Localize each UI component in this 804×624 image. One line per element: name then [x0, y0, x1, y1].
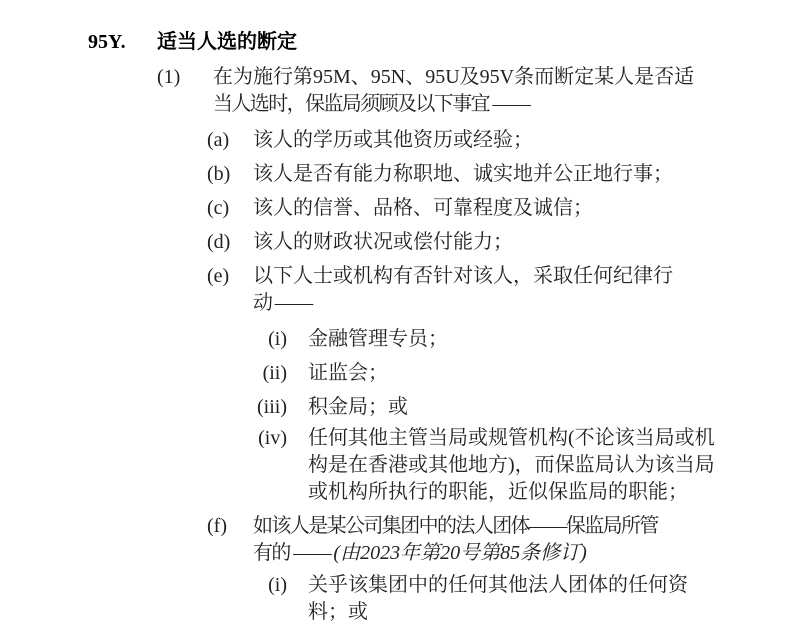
item-f-text: 如该人是某公司集团中的法人团体——保监局所管 有的 —— (由2023年第20号… [253, 513, 658, 567]
subsection-1-text: 在为施行第95M、95N、95U及95V条而断定某人是否适 当人选时，保监局须顾… [213, 64, 694, 118]
legislation-page: 95Y. 适当人选的断定 (1) 在为施行第95M、95N、95U及95V条而断… [0, 0, 804, 624]
subitem-f-i: (i) 关乎该集团中的任何其他法人团体的任何资 料；或 [0, 572, 804, 624]
item-d-label: (d) [207, 229, 253, 256]
subitem-f-i-line-1: 关乎该集团中的任何其他法人团体的任何资 [308, 572, 688, 599]
item-b: (b) 该人是否有能力称职地、诚实地并公正地行事； [0, 161, 804, 188]
subitem-e-iv-line-1: 任何其他主管当局或规管机构(不论该当局或机 [308, 425, 715, 452]
subitem-e-ii: (ii) 证监会； [0, 360, 804, 387]
item-b-label: (b) [207, 161, 253, 188]
item-e-line-1: 以下人士或机构有否针对该人，采取任何纪律行 [253, 263, 673, 290]
item-f-line-2: 有的 —— (由2023年第20号第85条修订) [253, 540, 658, 567]
subitem-e-iv: (iv) 任何其他主管当局或规管机构(不论该当局或机 构是在香港或其他地方)，而… [0, 425, 804, 506]
item-f-line-1: 如该人是某公司集团中的法人团体——保监局所管 [253, 513, 658, 540]
subitem-e-iv-text: 任何其他主管当局或规管机构(不论该当局或机 构是在香港或其他地方)，而保监局认为… [308, 425, 715, 506]
subitem-e-i-text: 金融管理专员； [308, 326, 448, 353]
subitem-e-iii: (iii) 积金局；或 [0, 394, 804, 421]
subsection-1: (1) 在为施行第95M、95N、95U及95V条而断定某人是否适 当人选时，保… [0, 64, 804, 118]
subitem-e-ii-text: 证监会； [308, 360, 388, 387]
section-title: 适当人选的断定 [157, 29, 297, 56]
subitem-e-iii-label: (iii) [253, 394, 287, 421]
item-a-text: 该人的学历或其他资历或经验； [253, 127, 533, 154]
subsection-1-line-1: 在为施行第95M、95N、95U及95V条而断定某人是否适 [213, 64, 694, 91]
item-e-line-2: 动 —— [253, 290, 673, 317]
item-f-label: (f) [207, 513, 253, 540]
item-a-label: (a) [207, 127, 253, 154]
item-e: (e) 以下人士或机构有否针对该人，采取任何纪律行 动 —— [0, 263, 804, 317]
subitem-e-i: (i) 金融管理专员； [0, 326, 804, 353]
subitem-e-iv-line-3: 或机构所执行的职能，近似保监局的职能； [308, 479, 715, 506]
subsection-1-line-2: 当人选时，保监局须顾及以下事宜 —— [213, 91, 694, 118]
item-b-text: 该人是否有能力称职地、诚实地并公正地行事； [253, 161, 673, 188]
item-c-label: (c) [207, 195, 253, 222]
item-f-line-2-text: 有的 —— [253, 542, 333, 564]
item-c: (c) 该人的信誉、品格、可靠程度及诚信； [0, 195, 804, 222]
item-e-label: (e) [207, 263, 253, 290]
item-d-text: 该人的财政状况或偿付能力； [253, 229, 513, 256]
item-d: (d) 该人的财政状况或偿付能力； [0, 229, 804, 256]
item-f: (f) 如该人是某公司集团中的法人团体——保监局所管 有的 —— (由2023年… [0, 513, 804, 567]
subitem-e-iii-text: 积金局；或 [308, 394, 408, 421]
subitem-e-i-label: (i) [253, 326, 287, 353]
item-c-text: 该人的信誉、品格、可靠程度及诚信； [253, 195, 593, 222]
section-number: 95Y. [88, 29, 157, 56]
subsection-1-label: (1) [157, 64, 213, 91]
subitem-e-iv-label: (iv) [253, 425, 287, 452]
item-e-text: 以下人士或机构有否针对该人，采取任何纪律行 动 —— [253, 263, 673, 317]
subitem-e-ii-label: (ii) [253, 360, 287, 387]
section-heading: 95Y. 适当人选的断定 [0, 29, 804, 56]
subitem-f-i-line-2: 料；或 [308, 599, 688, 624]
amendment-note: (由2023年第20号第85条修订) [333, 542, 586, 564]
subitem-e-iv-line-2: 构是在香港或其他地方)，而保监局认为该当局 [308, 452, 715, 479]
subitem-f-i-text: 关乎该集团中的任何其他法人团体的任何资 料；或 [308, 572, 688, 624]
subitem-f-i-label: (i) [253, 572, 287, 599]
item-a: (a) 该人的学历或其他资历或经验； [0, 127, 804, 154]
